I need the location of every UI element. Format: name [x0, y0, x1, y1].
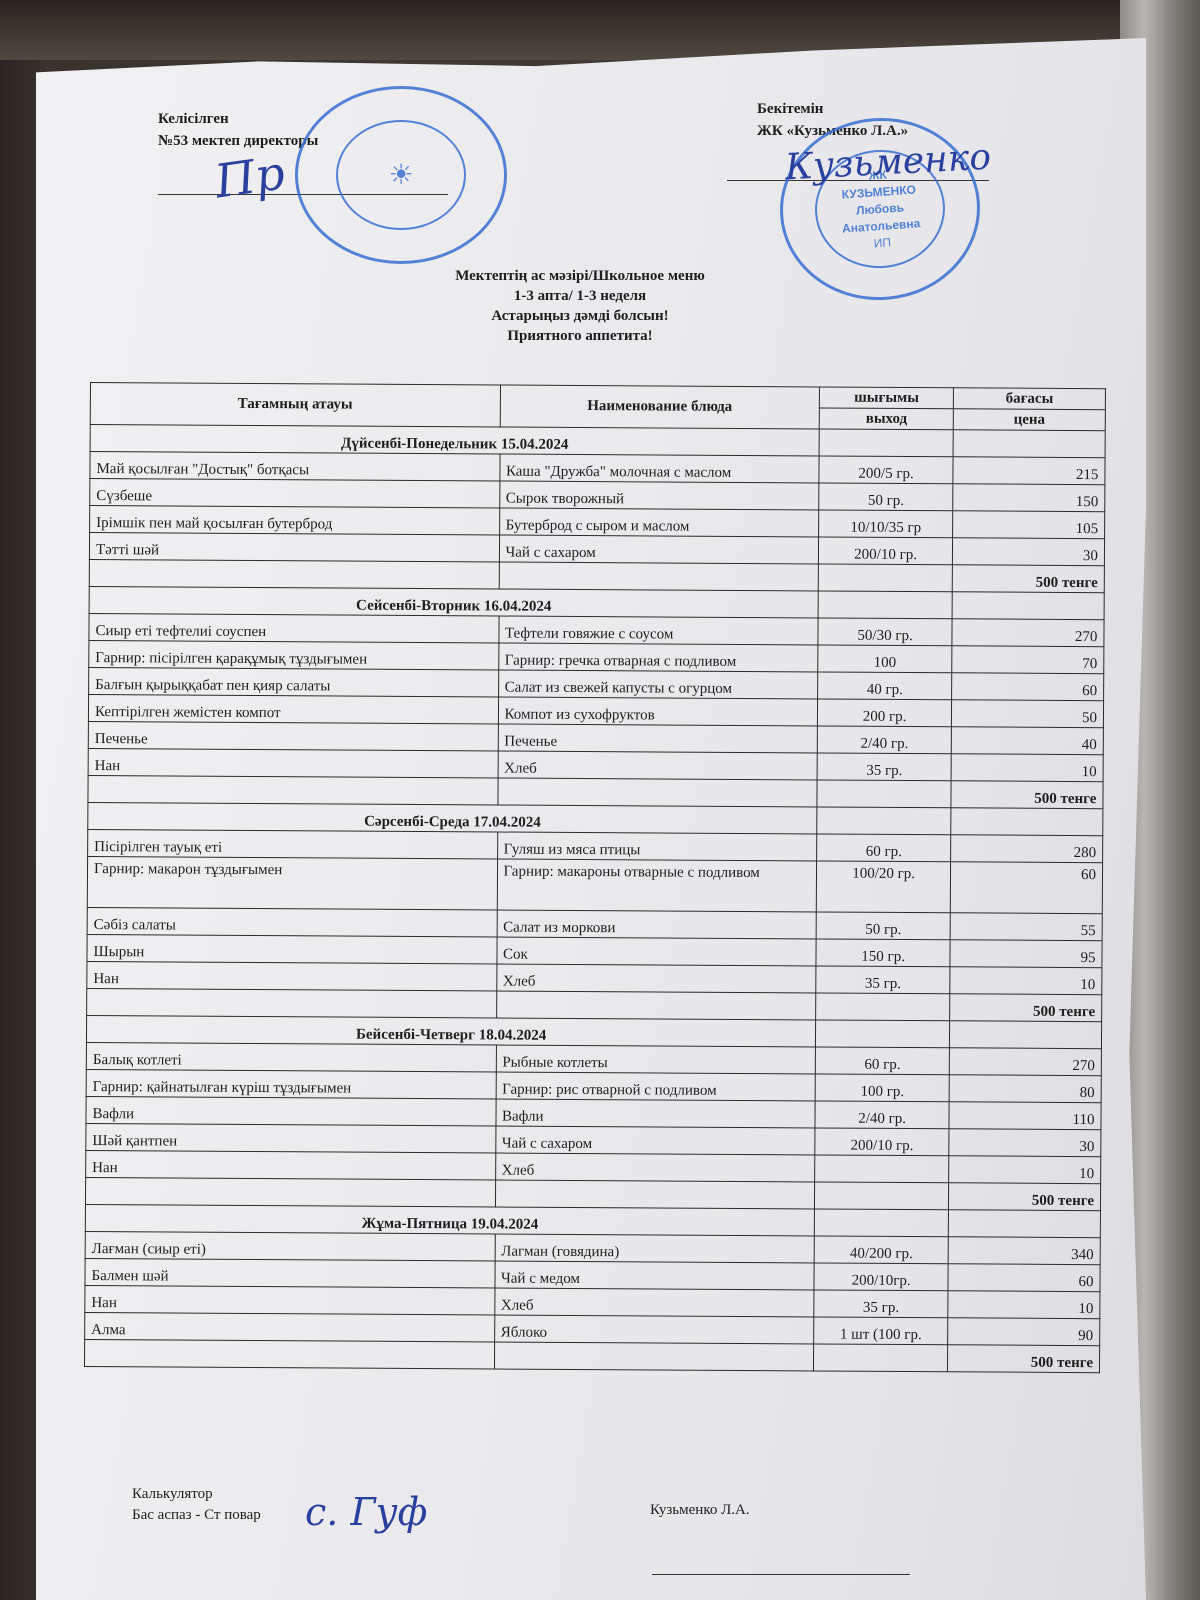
dish-price: 10	[948, 1291, 1100, 1319]
dish-yield: 10/10/35 гр	[819, 510, 953, 538]
col-header-yield-kz: шығымы	[820, 387, 954, 409]
dish-price: 10	[951, 754, 1103, 782]
head-chef-label: Бас аспаз - Ст повар	[132, 1505, 261, 1526]
dish-name-ru: Компот из сухофруктов	[498, 697, 818, 726]
day-total: 500 тенге	[948, 1345, 1100, 1373]
dish-price: 10	[949, 1156, 1101, 1184]
empty-cell	[948, 1210, 1100, 1238]
approved-label: Бекітемін	[757, 98, 908, 120]
dish-name-ru: Печенье	[498, 724, 818, 753]
empty-cell	[496, 991, 816, 1020]
empty-cell	[816, 1020, 950, 1048]
dish-price: 150	[953, 484, 1105, 512]
empty-cell	[818, 564, 952, 592]
dish-price: 55	[950, 913, 1102, 941]
dish-name-kz: Май қосылған "Достық" ботқасы	[90, 452, 500, 482]
dish-name-kz: Сәбіз салаты	[87, 907, 497, 937]
dish-name-ru: Лагман (говядина)	[495, 1234, 815, 1263]
col-header-ru: Наименование блюда	[500, 385, 820, 429]
dish-name-kz: Балық котлеті	[86, 1042, 496, 1072]
empty-cell	[953, 430, 1105, 458]
dish-name-ru: Чай с медом	[494, 1261, 814, 1290]
dish-name-ru: Каша "Дружба" молочная с маслом	[499, 454, 819, 483]
dish-price: 95	[950, 940, 1102, 968]
col-header-kz: Тағамның атауы	[90, 383, 500, 428]
dish-price: 70	[952, 646, 1104, 674]
dish-name-kz: Нан	[85, 1285, 495, 1315]
dish-yield: 35 гр.	[814, 1290, 948, 1318]
dish-yield: 60 гр.	[817, 834, 951, 862]
footer-signature-line	[652, 1574, 910, 1575]
empty-cell	[87, 988, 497, 1018]
empty-cell	[85, 1177, 495, 1207]
empty-cell	[950, 1021, 1102, 1049]
dish-yield: 50/30 гр.	[818, 618, 952, 646]
director-signature: Пр	[212, 145, 288, 208]
empty-cell	[815, 1209, 949, 1237]
col-header-price-kz: бағасы	[953, 388, 1105, 410]
approval-block-left: Келісілген №53 мектеп директоры	[158, 108, 318, 152]
dish-yield: 40 гр.	[818, 672, 952, 700]
dish-name-ru: Гарнир: рис отварной с подливом	[496, 1072, 816, 1101]
dish-name-kz: Сүзбеше	[90, 479, 500, 509]
empty-cell	[817, 780, 951, 808]
dish-name-kz: Гарнир: макарон тұздығымен	[87, 856, 497, 910]
title-line: Мектептің ас мәзірі/Школьное меню	[400, 266, 760, 286]
school-director-label: №53 мектеп директоры	[158, 130, 318, 152]
day-total: 500 тенге	[949, 1183, 1101, 1211]
empty-cell	[89, 559, 499, 589]
dish-yield: 50 гр.	[816, 912, 950, 940]
dish-yield: 60 гр.	[815, 1047, 949, 1075]
menu-table: Тағамның атауы Наименование блюда шығымы…	[84, 382, 1106, 1373]
dish-name-kz: Нан	[87, 961, 497, 991]
dish-yield: 200/5 гр.	[819, 456, 953, 484]
empty-cell	[495, 1180, 815, 1209]
dish-name-kz: Балғын қырыққабат пен қияр салаты	[89, 667, 499, 697]
menu-item-row: Гарнир: макарон тұздығымен Гарнир: макар…	[87, 856, 1102, 913]
dish-name-kz: Гарнир: қайнатылған күріш тұздығымен	[86, 1069, 496, 1099]
dish-name-ru: Чай с сахаром	[495, 1126, 815, 1155]
day-total: 500 тенге	[951, 781, 1103, 809]
dish-name-ru: Сырок творожный	[499, 481, 819, 510]
chef-signature: с. Гуф	[305, 1490, 427, 1534]
col-header-yield-ru: выход	[819, 408, 953, 430]
dish-name-ru: Хлеб	[496, 964, 816, 993]
dish-name-kz: Алма	[85, 1312, 495, 1342]
dish-yield: 1 шт (100 гр.	[814, 1317, 948, 1345]
dish-price: 80	[949, 1075, 1101, 1103]
calculator-label: Калькулятор	[132, 1484, 261, 1505]
dish-name-ru: Хлеб	[495, 1153, 815, 1182]
dish-name-ru: Вафли	[495, 1099, 815, 1128]
dish-name-kz: Гарнир: пісірілген қарақұмық тұздығымен	[89, 640, 499, 670]
day-total-row: 500 тенге	[84, 1339, 1099, 1372]
dish-name-kz: Шырын	[87, 934, 497, 964]
stamp-text: ИП	[873, 234, 891, 252]
dish-name-ru: Яблоко	[494, 1315, 814, 1344]
dish-name-kz: Печенье	[88, 721, 498, 751]
dish-name-kz: Лағман (сиыр еті)	[85, 1231, 495, 1261]
dish-price: 110	[949, 1102, 1101, 1130]
dish-yield: 2/40 гр.	[815, 1101, 949, 1129]
dish-price: 30	[949, 1129, 1101, 1157]
dish-price: 10	[950, 967, 1102, 995]
dish-yield	[815, 1155, 949, 1183]
state-emblem-icon: ☀	[336, 120, 466, 230]
dish-name-ru: Сок	[496, 937, 816, 966]
dish-name-kz: Шәй қантпен	[86, 1123, 496, 1153]
title-line: 1-3 апта/ 1-3 неделя	[400, 286, 760, 306]
dish-yield: 200 гр.	[818, 699, 952, 727]
dish-name-kz: Пісірілген тауық еті	[88, 829, 498, 859]
menu-title: Мектептің ас мәзірі/Школьное меню 1-3 ап…	[400, 266, 760, 346]
dish-price: 270	[952, 619, 1104, 647]
dish-name-ru: Бутерброд с сыром и маслом	[499, 508, 819, 537]
empty-cell	[817, 807, 951, 835]
dish-name-kz: Кептірілген жемістен компот	[88, 694, 498, 724]
empty-cell	[951, 808, 1103, 836]
dish-yield: 200/10 гр.	[815, 1128, 949, 1156]
dish-price: 105	[953, 511, 1105, 539]
dish-yield: 200/10гр.	[814, 1263, 948, 1291]
empty-cell	[499, 562, 819, 591]
empty-cell	[814, 1344, 948, 1372]
dish-name-ru: Гарнир: макароны отварные с подливом	[497, 859, 817, 912]
dish-price: 50	[952, 700, 1104, 728]
dish-name-kz: Вафли	[86, 1096, 496, 1126]
dish-yield: 40/200 гр.	[814, 1236, 948, 1264]
dish-name-ru: Гарнир: гречка отварная с подливом	[498, 643, 818, 672]
dish-name-kz: Тәтті шәй	[89, 533, 499, 563]
dish-name-ru: Хлеб	[498, 751, 818, 780]
dish-name-ru: Рыбные котлеты	[496, 1045, 816, 1074]
empty-cell	[88, 775, 498, 805]
agreed-label: Келісілген	[158, 108, 318, 130]
dish-price: 60	[952, 673, 1104, 701]
dish-yield: 35 гр.	[816, 966, 950, 994]
title-line: Приятного аппетита!	[400, 326, 760, 346]
empty-cell	[84, 1339, 494, 1369]
dish-name-ru: Чай с сахаром	[499, 535, 819, 564]
dish-name-kz: Сиыр еті тефтелиі соуспен	[89, 613, 499, 643]
dish-name-ru: Тефтели говяжие с соусом	[498, 616, 818, 645]
dish-price: 270	[949, 1048, 1101, 1076]
dish-name-ru: Хлеб	[494, 1288, 814, 1317]
empty-cell	[818, 591, 952, 619]
dish-yield: 35 гр.	[817, 753, 951, 781]
empty-cell	[952, 592, 1104, 620]
school-stamp: ☀	[295, 86, 507, 264]
dish-name-kz: Балмен шәй	[85, 1258, 495, 1288]
dish-yield: 2/40 гр.	[817, 726, 951, 754]
dish-price: 60	[950, 862, 1102, 914]
dish-name-ru: Салат из свежей капусты с огурцом	[498, 670, 818, 699]
dish-name-kz: Нан	[86, 1150, 496, 1180]
day-total: 500 тенге	[950, 994, 1102, 1022]
dish-name-kz: Нан	[88, 748, 498, 778]
empty-cell	[494, 1342, 814, 1371]
dish-price: 340	[948, 1237, 1100, 1265]
dish-yield: 100 гр.	[815, 1074, 949, 1102]
dish-yield: 150 гр.	[816, 939, 950, 967]
dish-name-ru: Салат из моркови	[497, 910, 817, 939]
dish-name-kz: Ірімшік пен май қосылған бутерброд	[90, 506, 500, 536]
footer-name: Кузьменко Л.А.	[650, 1502, 750, 1519]
empty-cell	[815, 1182, 949, 1210]
empty-cell	[497, 778, 817, 807]
dish-price: 60	[948, 1264, 1100, 1292]
dish-price: 40	[951, 727, 1103, 755]
col-header-price-ru: цена	[953, 409, 1105, 431]
dish-yield: 100/20 гр.	[816, 861, 950, 913]
dish-yield: 50 гр.	[819, 483, 953, 511]
day-total: 500 тенге	[952, 565, 1104, 593]
dish-price: 215	[953, 457, 1105, 485]
footer-signatures: Калькулятор Бас аспаз - Ст повар	[132, 1484, 261, 1526]
dish-price: 30	[953, 538, 1105, 566]
title-line: Астарыңыз дәмді болсын!	[400, 306, 760, 326]
empty-cell	[816, 993, 950, 1021]
empty-cell	[819, 429, 953, 457]
dish-yield: 100	[818, 645, 952, 673]
dish-price: 280	[951, 835, 1103, 863]
dish-name-ru: Гуляш из мяса птицы	[497, 832, 817, 861]
dish-yield: 200/10 гр.	[819, 537, 953, 565]
dish-price: 90	[948, 1318, 1100, 1346]
